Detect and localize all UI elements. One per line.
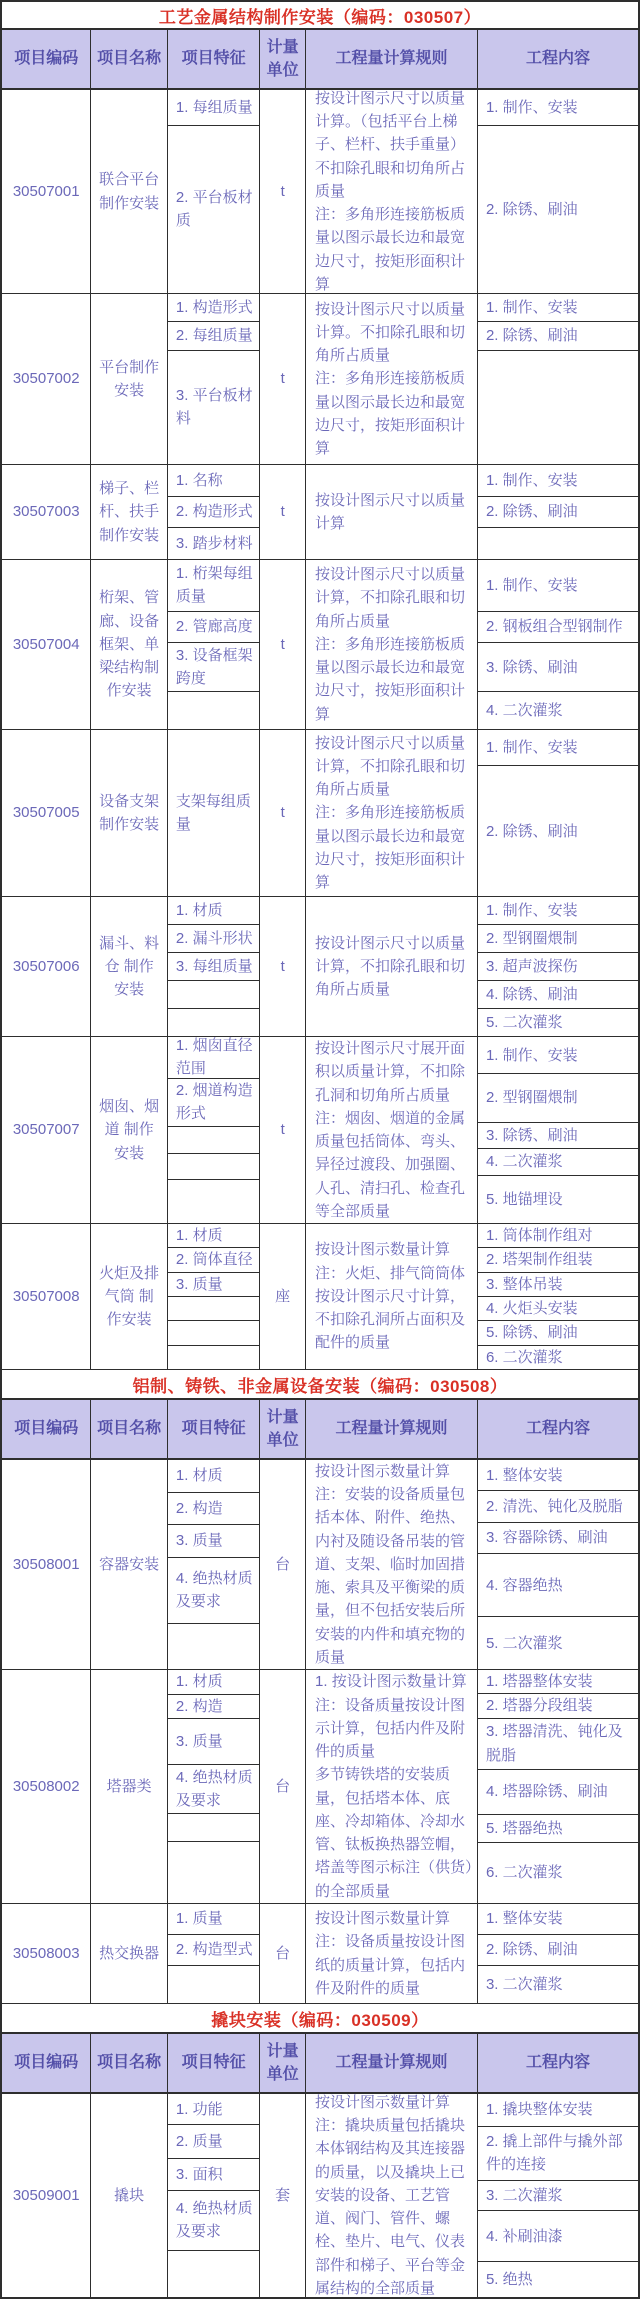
header-cell-calc-rule: 工程量计算规则: [306, 1400, 478, 1458]
feature-item: [168, 981, 259, 1009]
feature-item: 1. 每组质量: [168, 90, 259, 126]
work-content-item: 2. 撬上部件与撬外部件的连接: [478, 2127, 638, 2181]
work-content-item: 3. 除锈、刷油: [478, 643, 638, 692]
cell-unit: t: [260, 294, 306, 464]
work-content-item: [478, 351, 638, 464]
cell-calc-rule: 按设计图示数量计算注：火炬、排气筒筒体按设计图示尺寸计算，不扣除孔洞所占面积及配…: [306, 1224, 478, 1369]
feature-item: 1. 材质: [168, 1460, 259, 1493]
cell-project-features: 1. 名称2. 构造形式3. 踏步材料: [168, 465, 260, 559]
work-content-item: 5. 二次灌浆: [478, 1009, 638, 1036]
work-content-item: 3. 整体吊装: [478, 1273, 638, 1297]
work-content-item: 6. 二次灌浆: [478, 1346, 638, 1369]
section-title: 工艺金属结构制作安装（编码：030507）: [2, 2, 638, 30]
header-cell-work-content: 工程内容: [478, 2034, 638, 2092]
feature-item: 3. 平台板材料: [168, 351, 259, 464]
cell-project-code: 30507004: [2, 560, 91, 729]
work-content-item: 1. 制作、安装: [478, 294, 638, 322]
work-content-item: 1. 制作、安装: [478, 730, 638, 766]
table-header-row: 项目编码项目名称项目特征计量单位工程量计算规则工程内容: [2, 1400, 638, 1460]
cell-unit: t: [260, 90, 306, 293]
work-content-item: [478, 528, 638, 559]
feature-item: 2. 烟道构造形式: [168, 1079, 259, 1127]
cell-calc-rule: 按设计图示数量计算注：设备质量按设计图纸的质量计算，包括内件及附件的质量: [306, 1904, 478, 2003]
cell-project-name: 撬块: [91, 2094, 168, 2297]
feature-item: 3. 质量: [168, 1719, 259, 1765]
feature-item: [168, 1966, 259, 2003]
cell-project-features: 1. 质量2. 构造型式: [168, 1904, 260, 2003]
calc-rule-paragraph: 按设计图示数量计算: [315, 1907, 473, 1930]
cell-unit: 座: [260, 1224, 306, 1369]
cell-project-name: 容器安装: [91, 1460, 168, 1669]
feature-item: [168, 1346, 259, 1369]
cell-calc-rule: 按设计图示尺寸以质量计算，不扣除孔眼和切角所占质量注：多角形连接筋板质量以图示最…: [306, 560, 478, 729]
cell-unit: t: [260, 730, 306, 896]
cell-project-code: 30508003: [2, 1904, 91, 2003]
calc-rule-paragraph: 按设计图示数量计算: [315, 1460, 473, 1483]
header-cell-project-features: 项目特征: [168, 2034, 260, 2092]
cell-project-code: 30508002: [2, 1670, 91, 1903]
work-content-item: 2. 除锈、刷油: [478, 1935, 638, 1966]
cell-unit: t: [260, 465, 306, 559]
cell-unit: 台: [260, 1460, 306, 1669]
feature-item: [168, 1624, 259, 1669]
cell-calc-rule: 按设计图示尺寸展开面积以质量计算，不扣除孔洞和切角所占质量注：烟囱、烟道的金属质…: [306, 1037, 478, 1223]
calc-rule-paragraph: 注：多角形连接筋板质量以图示最长边和最宽边尺寸，按矩形面积计算: [315, 203, 473, 293]
header-cell-project-code: 项目编码: [2, 2034, 91, 2092]
feature-item: 1. 功能: [168, 2094, 259, 2125]
work-content-item: 5. 除锈、刷油: [478, 1321, 638, 1345]
calc-rule-paragraph: 按设计图示数量计算: [315, 1238, 473, 1261]
cell-project-name: 联合平台制作安装: [91, 90, 168, 293]
work-content-item: 1. 筒体制作组对: [478, 1224, 638, 1248]
header-cell-unit: 计量单位: [260, 2034, 306, 2092]
feature-item: [168, 1154, 259, 1181]
cell-work-contents: 1. 制作、安装2. 除锈、刷油: [478, 465, 638, 559]
work-content-item: 3. 超声波探伤: [478, 953, 638, 981]
work-content-item: 3. 二次灌浆: [478, 2181, 638, 2212]
work-content-item: 4. 二次灌浆: [478, 1149, 638, 1176]
feature-item: 2. 管廊高度: [168, 612, 259, 643]
table-header-row: 项目编码项目名称项目特征计量单位工程量计算规则工程内容: [2, 30, 638, 90]
work-content-item: 2. 清洗、钝化及脱脂: [478, 1491, 638, 1522]
feature-item: 1. 桁架每组质量: [168, 560, 259, 612]
feature-item: 1. 构造形式: [168, 294, 259, 322]
cell-unit: 台: [260, 1670, 306, 1903]
cell-project-name: 设备支架制作安装: [91, 730, 168, 896]
feature-item: 3. 质量: [168, 1273, 259, 1297]
cell-project-features: 1. 材质2. 构造3. 质量4. 绝热材质及要求: [168, 1670, 260, 1903]
header-cell-project-features: 项目特征: [168, 1400, 260, 1458]
feature-item: 3. 质量: [168, 1525, 259, 1558]
calc-rule-paragraph: 注：多角形连接筋板质量以图示最长边和最宽边尺寸，按矩形面积计算: [315, 367, 473, 460]
work-content-item: 2. 型钢圈煨制: [478, 1074, 638, 1122]
cell-unit: t: [260, 897, 306, 1036]
calc-rule-paragraph: 按设计图示尺寸以质量计算，不扣除孔眼和切角所占质量: [315, 563, 473, 633]
work-content-item: 2. 除锈、刷油: [478, 322, 638, 350]
work-content-item: 2. 除锈、刷油: [478, 126, 638, 293]
work-content-item: 2. 塔架制作组装: [478, 1248, 638, 1272]
header-cell-calc-rule: 工程量计算规则: [306, 30, 478, 88]
table-row: 30507005设备支架制作安装支架每组质量t按设计图示尺寸以质量计算，不扣除孔…: [2, 730, 638, 897]
cell-work-contents: 1. 塔器整体安装2. 塔器分段组装3. 塔器清洗、钝化及脱脂4. 塔器除锈、刷…: [478, 1670, 638, 1903]
table-row: 30507003梯子、栏杆、扶手制作安装1. 名称2. 构造形式3. 踏步材料t…: [2, 465, 638, 560]
header-cell-project-name: 项目名称: [91, 2034, 168, 2092]
cell-work-contents: 1. 制作、安装2. 钢板组合型钢制作3. 除锈、刷油4. 二次灌浆: [478, 560, 638, 729]
header-cell-project-code: 项目编码: [2, 1400, 91, 1458]
cell-calc-rule: 按设计图示尺寸以质量计算。（包括平台上梯子、栏杆、扶手重量）不扣除孔眼和切角所占…: [306, 90, 478, 293]
work-content-item: 4. 容器绝热: [478, 1554, 638, 1617]
feature-item: [168, 1814, 259, 1843]
work-content-item: 4. 二次灌浆: [478, 692, 638, 729]
work-content-item: 4. 火炬头安装: [478, 1297, 638, 1321]
work-content-item: 5. 塔器绝热: [478, 1815, 638, 1843]
cell-project-code: 30508001: [2, 1460, 91, 1669]
feature-item: 1. 材质: [168, 1670, 259, 1695]
calc-rule-paragraph: 按设计图示尺寸以质量计算，不扣除孔眼和切角所占质量: [315, 732, 473, 802]
header-cell-calc-rule: 工程量计算规则: [306, 2034, 478, 2092]
calc-rule-paragraph: 注：设备质量按设计图示计算，包括内件及附件的质量: [315, 1694, 473, 1764]
work-content-item: 6. 二次灌浆: [478, 1843, 638, 1903]
cell-project-code: 30509001: [2, 2094, 91, 2297]
feature-item: 3. 面积: [168, 2159, 259, 2190]
work-content-item: 4. 除锈、刷油: [478, 981, 638, 1009]
feature-item: 1. 名称: [168, 465, 259, 497]
work-content-item: 1. 整体安装: [478, 1904, 638, 1935]
feature-item: 1. 材质: [168, 897, 259, 925]
feature-item: 2. 构造形式: [168, 497, 259, 529]
cell-calc-rule: 按设计图示尺寸以质量计算，不扣除孔眼和切角所占质量: [306, 897, 478, 1036]
feature-item: 1. 材质: [168, 1224, 259, 1248]
table-row: 30507004桁架、管廊、设备框架、单梁结构制作安装1. 桁架每组质量2. 管…: [2, 560, 638, 730]
table-row: 30507006漏斗、料仓 制作安装1. 材质2. 漏斗形状3. 每组质量t按设…: [2, 897, 638, 1037]
work-content-item: 3. 二次灌浆: [478, 1966, 638, 2003]
cell-unit: t: [260, 1037, 306, 1223]
work-content-item: 1. 塔器整体安装: [478, 1670, 638, 1694]
feature-item: 1. 质量: [168, 1904, 259, 1935]
feature-item: 2. 漏斗形状: [168, 925, 259, 953]
cell-project-code: 30507006: [2, 897, 91, 1036]
feature-item: [168, 692, 259, 729]
work-content-item: 1. 制作、安装: [478, 897, 638, 925]
work-content-item: 1. 制作、安装: [478, 465, 638, 497]
spec-table: 工艺金属结构制作安装（编码：030507）项目编码项目名称项目特征计量单位工程量…: [0, 0, 640, 2299]
calc-rule-paragraph: 1. 按设计图示数量计算: [315, 1670, 473, 1693]
cell-unit: t: [260, 560, 306, 729]
work-content-item: 5. 地锚埋设: [478, 1176, 638, 1223]
cell-project-name: 梯子、栏杆、扶手制作安装: [91, 465, 168, 559]
cell-project-code: 30507002: [2, 294, 91, 464]
work-content-item: 1. 制作、安装: [478, 1037, 638, 1074]
work-content-item: 2. 型钢圈煨制: [478, 925, 638, 953]
cell-work-contents: 1. 制作、安装2. 除锈、刷油: [478, 294, 638, 464]
cell-project-name: 平台制作安装: [91, 294, 168, 464]
table-row: 30507001联合平台制作安装1. 每组质量2. 平台板材质t按设计图示尺寸以…: [2, 90, 638, 294]
feature-item: [168, 1127, 259, 1154]
work-content-item: 2. 除锈、刷油: [478, 766, 638, 896]
cell-unit: 台: [260, 1904, 306, 2003]
cell-unit: 套: [260, 2094, 306, 2297]
feature-item: 2. 筒体直径: [168, 1248, 259, 1272]
table-row: 30507008火炬及排气筒 制作安装1. 材质2. 筒体直径3. 质量座按设计…: [2, 1224, 638, 1370]
cell-project-features: 1. 材质2. 构造3. 质量4. 绝热材质及要求: [168, 1460, 260, 1669]
calc-rule-paragraph: 按设计图示数量计算: [315, 2094, 473, 2114]
calc-rule-paragraph: 注：火炬、排气筒筒体按设计图示尺寸计算，不扣除孔洞所占面积及配件的质量: [315, 1262, 473, 1355]
work-content-item: 1. 整体安装: [478, 1460, 638, 1491]
feature-item: 2. 构造: [168, 1493, 259, 1526]
work-content-item: 5. 绝热: [478, 2262, 638, 2297]
cell-project-name: 桁架、管廊、设备框架、单梁结构制作安装: [91, 560, 168, 729]
work-content-item: 2. 钢板组合型钢制作: [478, 612, 638, 643]
cell-work-contents: 1. 整体安装2. 除锈、刷油3. 二次灌浆: [478, 1904, 638, 2003]
calc-rule-paragraph: 注：多角形连接筋板质量以图示最长边和最宽边尺寸，按矩形面积计算: [315, 801, 473, 894]
cell-project-features: 1. 材质2. 筒体直径3. 质量: [168, 1224, 260, 1369]
cell-project-code: 30507003: [2, 465, 91, 559]
header-cell-project-name: 项目名称: [91, 30, 168, 88]
feature-item: 2. 构造型式: [168, 1935, 259, 1966]
calc-rule-paragraph: 注：设备质量按设计图纸的质量计算，包括内件及附件的质量: [315, 1930, 473, 2000]
feature-item: [168, 2251, 259, 2297]
work-content-item: 1. 制作、安装: [478, 90, 638, 126]
cell-calc-rule: 按设计图示数量计算注：安装的设备质量包括本体、附件、绝热、内衬及随设备吊装的管道…: [306, 1460, 478, 1669]
table-row: 30507002平台制作安装1. 构造形式2. 每组质量3. 平台板材料t按设计…: [2, 294, 638, 465]
cell-project-name: 漏斗、料仓 制作安装: [91, 897, 168, 1036]
work-content-item: 4. 补刷油漆: [478, 2211, 638, 2262]
cell-project-code: 30507005: [2, 730, 91, 896]
work-content-item: 3. 除锈、刷油: [478, 1123, 638, 1150]
header-cell-project-code: 项目编码: [2, 30, 91, 88]
feature-item: [168, 1009, 259, 1036]
feature-item: 2. 质量: [168, 2125, 259, 2159]
work-content-item: 1. 制作、安装: [478, 560, 638, 612]
feature-item: 3. 踏步材料: [168, 528, 259, 559]
calc-rule-paragraph: 按设计图示尺寸以质量计算。（包括平台上梯子、栏杆、扶手重量）不扣除孔眼和切角所占…: [315, 90, 473, 203]
work-content-item: 3. 容器除锈、刷油: [478, 1523, 638, 1554]
cell-project-code: 30507001: [2, 90, 91, 293]
feature-item: [168, 1842, 259, 1903]
header-cell-project-features: 项目特征: [168, 30, 260, 88]
feature-item: [168, 1297, 259, 1321]
feature-item: 支架每组质量: [168, 730, 259, 896]
feature-item: 2. 每组质量: [168, 322, 259, 350]
cell-project-code: 30507007: [2, 1037, 91, 1223]
cell-calc-rule: 按设计图示尺寸以质量计算: [306, 465, 478, 559]
calc-rule-paragraph: 按设计图示尺寸展开面积以质量计算，不扣除孔洞和切角所占质量: [315, 1037, 473, 1107]
cell-work-contents: 1. 制作、安装2. 除锈、刷油: [478, 90, 638, 293]
table-row: 30508001容器安装1. 材质2. 构造3. 质量4. 绝热材质及要求台按设…: [2, 1460, 638, 1670]
table-row: 30508003热交换器1. 质量2. 构造型式台按设计图示数量计算注：设备质量…: [2, 1904, 638, 2004]
calc-rule-paragraph: 注：撬块质量包括撬块本体钢结构及其连接器的质量，以及撬块上已安装的设备、工艺管道…: [315, 2114, 473, 2297]
cell-calc-rule: 1. 按设计图示数量计算注：设备质量按设计图示计算，包括内件及附件的质量多节铸铁…: [306, 1670, 478, 1903]
feature-item: 2. 构造: [168, 1695, 259, 1720]
cell-project-name: 热交换器: [91, 1904, 168, 2003]
cell-project-features: 1. 每组质量2. 平台板材质: [168, 90, 260, 293]
work-content-item: 2. 除锈、刷油: [478, 497, 638, 529]
section-title: 铝制、铸铁、非金属设备安装（编码：030508）: [2, 1370, 638, 1400]
cell-work-contents: 1. 整体安装2. 清洗、钝化及脱脂3. 容器除锈、刷油4. 容器绝热5. 二次…: [478, 1460, 638, 1669]
cell-project-name: 烟囱、烟道 制作安装: [91, 1037, 168, 1223]
feature-item: 1. 烟囱直径范围: [168, 1037, 259, 1079]
cell-project-name: 塔器类: [91, 1670, 168, 1903]
cell-work-contents: 1. 撬块整体安装2. 撬上部件与撬外部件的连接3. 二次灌浆4. 补刷油漆5.…: [478, 2094, 638, 2297]
section-title: 撬块安装（编码：030509）: [2, 2004, 638, 2034]
feature-item: 4. 绝热材质及要求: [168, 1558, 259, 1624]
cell-project-name: 火炬及排气筒 制作安装: [91, 1224, 168, 1369]
work-content-item: 1. 撬块整体安装: [478, 2094, 638, 2127]
calc-rule-paragraph: 多节铸铁塔的安装质量，包括塔本体、底座、冷却箱体、冷却水管、钛板换热器笠帽，塔盖…: [315, 1763, 473, 1903]
feature-item: 3. 设备框架跨度: [168, 643, 259, 692]
cell-work-contents: 1. 制作、安装2. 型钢圈煨制3. 除锈、刷油4. 二次灌浆5. 地锚埋设: [478, 1037, 638, 1223]
calc-rule-paragraph: 注：安装的设备质量包括本体、附件、绝热、内衬及随设备吊装的管道、支架、临时加固措…: [315, 1483, 473, 1669]
cell-project-features: 1. 桁架每组质量2. 管廊高度3. 设备框架跨度: [168, 560, 260, 729]
calc-rule-paragraph: 注：多角形连接筋板质量以图示最长边和最宽边尺寸，按矩形面积计算: [315, 633, 473, 726]
table-row: 30507007烟囱、烟道 制作安装1. 烟囱直径范围2. 烟道构造形式t按设计…: [2, 1037, 638, 1224]
work-content-item: 5. 二次灌浆: [478, 1617, 638, 1669]
table-row: 30508002塔器类1. 材质2. 构造3. 质量4. 绝热材质及要求台1. …: [2, 1670, 638, 1904]
calc-rule-paragraph: 按设计图示尺寸以质量计算，不扣除孔眼和切角所占质量: [315, 932, 473, 1002]
calc-rule-paragraph: 注：烟囱、烟道的金属质量包括筒体、弯头、异径过渡段、加强圈、人孔、清扫孔、检查孔…: [315, 1107, 473, 1223]
header-cell-unit: 计量单位: [260, 1400, 306, 1458]
feature-item: 4. 绝热材质及要求: [168, 2191, 259, 2251]
feature-item: 4. 绝热材质及要求: [168, 1765, 259, 1813]
cell-work-contents: 1. 制作、安装2. 除锈、刷油: [478, 730, 638, 896]
header-cell-work-content: 工程内容: [478, 30, 638, 88]
feature-item: 3. 每组质量: [168, 953, 259, 981]
cell-calc-rule: 按设计图示数量计算注：撬块质量包括撬块本体钢结构及其连接器的质量，以及撬块上已安…: [306, 2094, 478, 2297]
header-cell-unit: 计量单位: [260, 30, 306, 88]
cell-project-features: 支架每组质量: [168, 730, 260, 896]
cell-work-contents: 1. 制作、安装2. 型钢圈煨制3. 超声波探伤4. 除锈、刷油5. 二次灌浆: [478, 897, 638, 1036]
cell-project-features: 1. 材质2. 漏斗形状3. 每组质量: [168, 897, 260, 1036]
cell-project-features: 1. 功能2. 质量3. 面积4. 绝热材质及要求: [168, 2094, 260, 2297]
work-content-item: 4. 塔器除锈、刷油: [478, 1770, 638, 1815]
header-cell-project-name: 项目名称: [91, 1400, 168, 1458]
work-content-item: 2. 塔器分段组装: [478, 1694, 638, 1718]
header-cell-work-content: 工程内容: [478, 1400, 638, 1458]
feature-item: [168, 1321, 259, 1345]
feature-item: 2. 平台板材质: [168, 126, 259, 293]
cell-calc-rule: 按设计图示尺寸以质量计算，不扣除孔眼和切角所占质量注：多角形连接筋板质量以图示最…: [306, 730, 478, 896]
cell-project-features: 1. 构造形式2. 每组质量3. 平台板材料: [168, 294, 260, 464]
cell-calc-rule: 按设计图示尺寸以质量计算。不扣除孔眼和切角所占质量注：多角形连接筋板质量以图示最…: [306, 294, 478, 464]
cell-project-code: 30507008: [2, 1224, 91, 1369]
cell-work-contents: 1. 筒体制作组对2. 塔架制作组装3. 整体吊装4. 火炬头安装5. 除锈、刷…: [478, 1224, 638, 1369]
work-content-item: 3. 塔器清洗、钝化及脱脂: [478, 1719, 638, 1770]
calc-rule-paragraph: 按设计图示尺寸以质量计算: [315, 489, 473, 536]
calc-rule-paragraph: 按设计图示尺寸以质量计算。不扣除孔眼和切角所占质量: [315, 298, 473, 368]
feature-item: [168, 1180, 259, 1223]
table-header-row: 项目编码项目名称项目特征计量单位工程量计算规则工程内容: [2, 2034, 638, 2094]
table-row: 30509001撬块1. 功能2. 质量3. 面积4. 绝热材质及要求套按设计图…: [2, 2094, 638, 2297]
cell-project-features: 1. 烟囱直径范围2. 烟道构造形式: [168, 1037, 260, 1223]
